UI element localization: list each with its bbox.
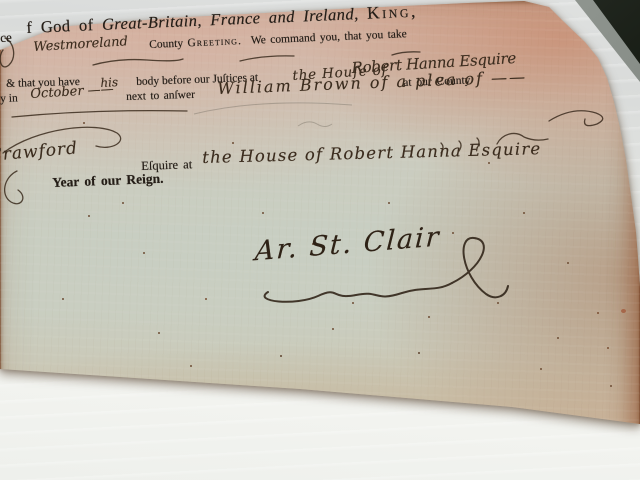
printed-next-to-answer: next to anſwer	[126, 89, 195, 103]
printed-royal-king: King,	[367, 1, 419, 23]
printed-county-label: County	[149, 37, 188, 51]
paper-specks	[0, 0, 2, 2]
printed-greeting: Greeting.	[187, 35, 242, 49]
photo-of-document: ce f God of Great-Britain, France and Ir…	[0, 0, 640, 480]
foxing-spot	[621, 309, 626, 313]
printed-day-in-fragment: y in	[0, 93, 18, 105]
printed-word-fragment: ce	[0, 30, 12, 46]
printed-royal-roman: f God of	[26, 15, 102, 37]
